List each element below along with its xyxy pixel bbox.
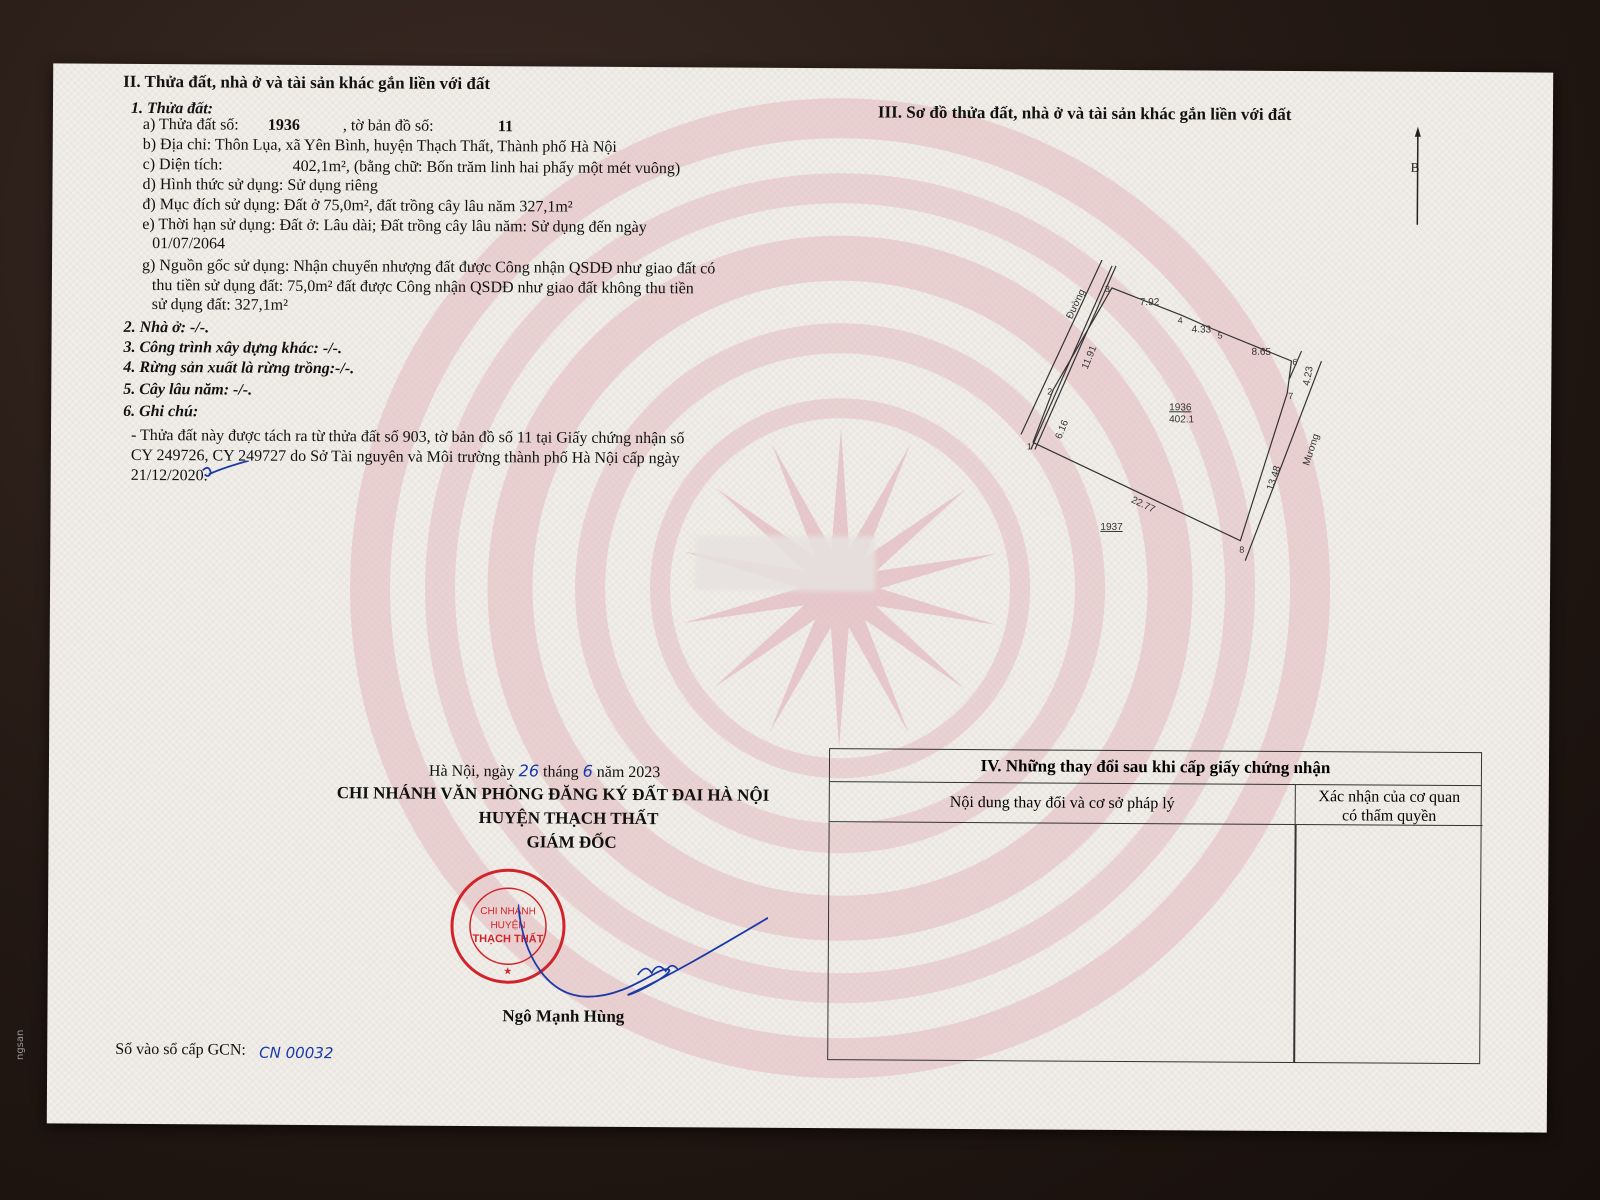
map-sheet-number: 11 — [498, 117, 513, 137]
svg-text:2: 2 — [1047, 387, 1052, 397]
registry-number: CN 00032 — [259, 1043, 333, 1063]
svg-text:7.92: 7.92 — [1140, 297, 1160, 308]
svg-text:4.23: 4.23 — [1301, 365, 1315, 387]
item-notes: 6. Ghi chú: — [123, 402, 198, 422]
svg-text:1936: 1936 — [1169, 402, 1192, 413]
svg-text:Mương: Mương — [1301, 433, 1322, 468]
redacted-area — [695, 535, 875, 591]
col-authority-line1: Xác nhận của cơ quan — [1296, 787, 1483, 807]
watermark-text: ngsan — [15, 1030, 26, 1060]
item-other-construction: 3. Công trình xây dựng khác: -/-. — [123, 338, 342, 359]
svg-text:6.16: 6.16 — [1054, 418, 1072, 441]
parcel-number: 1936 — [268, 116, 300, 136]
land-certificate-page: II. Thửa đất, nhà ở và tài sản khác gắn … — [47, 63, 1553, 1132]
signer-title: GIÁM ĐỐC — [526, 832, 616, 853]
svg-text:1937: 1937 — [1100, 522, 1123, 533]
item-perennial: 5. Cây lâu năm: -/-. — [123, 380, 252, 401]
svg-text:402.1: 402.1 — [1169, 414, 1195, 425]
issuing-district: HUYỆN THẠCH THẤT — [479, 808, 659, 829]
month-label: tháng — [543, 763, 579, 780]
col-change-content: Nội dung thay đổi và cơ sở pháp lý — [830, 782, 1296, 825]
date-year: năm 2023 — [597, 764, 661, 781]
section2-heading: II. Thửa đất, nhà ở và tài sản khác gắn … — [123, 72, 490, 94]
svg-text:8: 8 — [1239, 545, 1244, 555]
svg-text:22.77: 22.77 — [1129, 495, 1157, 516]
signature-icon — [518, 896, 769, 1008]
column-divider — [1293, 825, 1296, 1062]
svg-text:11.91: 11.91 — [1080, 344, 1100, 371]
col-authority-line2: có thẩm quyền — [1296, 806, 1483, 826]
svg-text:3: 3 — [1105, 284, 1110, 294]
date-day: 26 — [519, 761, 539, 780]
usage-term-date: 01/07/2064 — [152, 234, 225, 254]
svg-text:Đường: Đường — [1064, 288, 1087, 321]
date-month: 6 — [583, 762, 593, 781]
svg-text:★: ★ — [503, 966, 512, 977]
svg-text:1: 1 — [1027, 441, 1032, 451]
issuing-office: CHI NHÁNH VĂN PHÒNG ĐĂNG KÝ ĐẤT ĐAI HÀ N… — [337, 783, 770, 806]
item-forest: 4. Rừng sản xuất là rừng trồng:-/-. — [123, 358, 354, 379]
svg-text:7: 7 — [1288, 391, 1293, 401]
svg-text:13.48: 13.48 — [1265, 464, 1283, 492]
item-house: 2. Nhà ở: -/-. — [124, 318, 210, 339]
usage-origin-3: sử dụng đất: 327,1m² — [152, 295, 288, 316]
usage-form: d) Hình thức sử dụng: Sử dụng riêng — [142, 175, 377, 196]
signing-date: Hà Nội, ngày 26 tháng 6 năm 2023 — [429, 761, 661, 783]
registry-label: Số vào sổ cấp GCN: — [115, 1040, 246, 1061]
map-sheet-label: , tờ bản đồ số: — [343, 116, 434, 137]
section3-heading: III. Sơ đồ thửa đất, nhà ở và tài sản kh… — [878, 102, 1292, 125]
svg-text:4.33: 4.33 — [1192, 324, 1212, 335]
col-authority-confirm: Xác nhận của cơ quan có thẩm quyền — [1296, 785, 1483, 826]
note-line-3: 21/12/2020. — [131, 466, 208, 486]
signer-name: Ngô Mạnh Hùng — [502, 1006, 624, 1027]
parcel-number-label: a) Thửa đất số: — [143, 115, 239, 136]
north-label: B — [1411, 158, 1420, 178]
date-prefix: Hà Nội, ngày — [429, 763, 515, 781]
handwritten-tick-icon — [199, 460, 259, 496]
parcel-diagram: 1 2 3 4 5 6 7 8 7.92 4.33 8.65 4.23 13.4… — [990, 259, 1352, 581]
svg-text:6: 6 — [1292, 357, 1297, 367]
section4-heading: IV. Những thay đổi sau khi cấp giấy chứn… — [830, 749, 1481, 786]
svg-text:4: 4 — [1178, 315, 1183, 325]
usage-purpose: đ) Mục đích sử dụng: Đất ở 75,0m², đất t… — [142, 195, 572, 218]
svg-text:8.65: 8.65 — [1251, 347, 1271, 358]
area-label: c) Diện tích: — [143, 155, 223, 175]
changes-table: IV. Những thay đổi sau khi cấp giấy chứn… — [827, 748, 1482, 1064]
svg-text:5: 5 — [1218, 331, 1223, 341]
